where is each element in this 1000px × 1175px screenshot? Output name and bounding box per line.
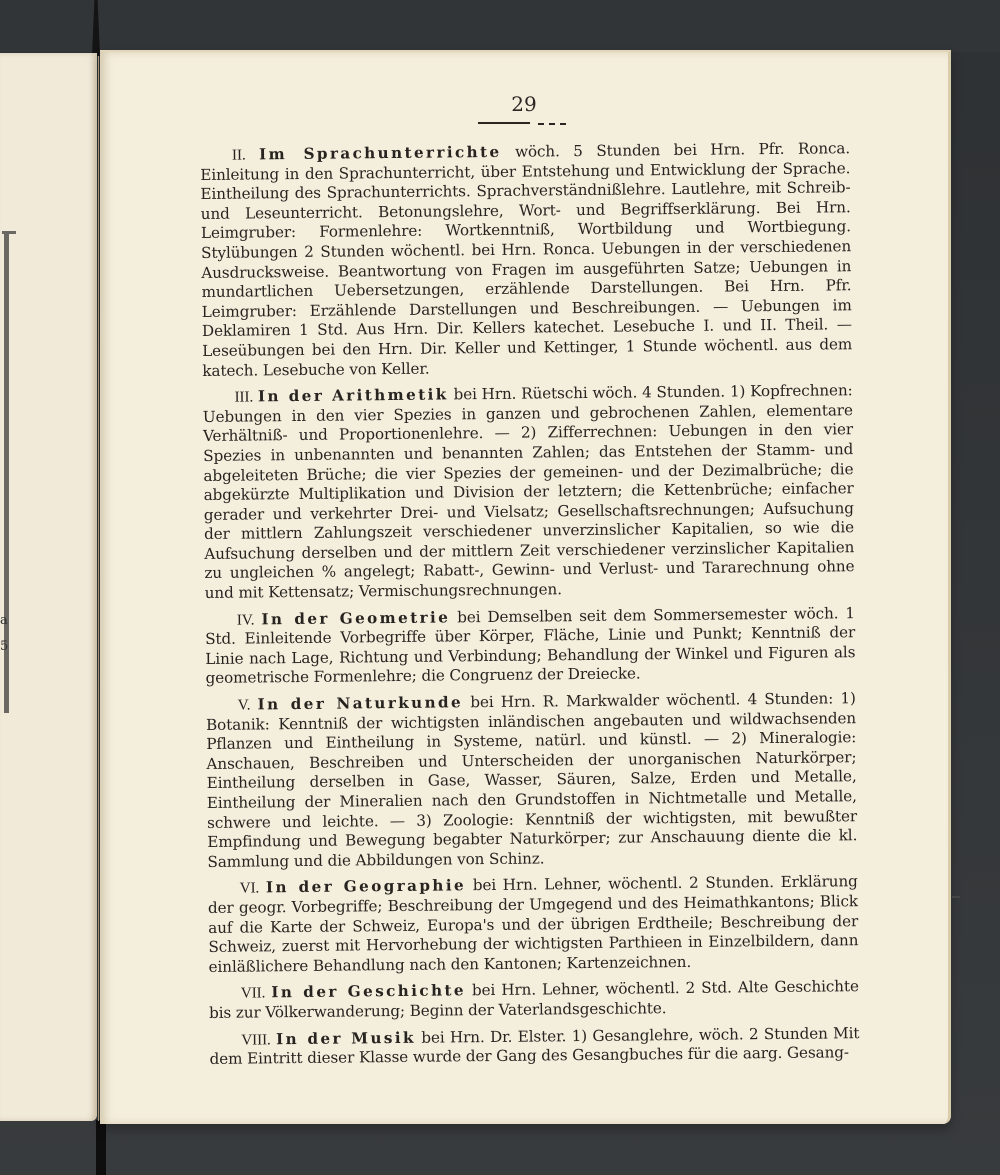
section-subject: In der Naturkunde: [258, 693, 464, 713]
section-numeral: VIII.: [241, 1031, 271, 1048]
section-paragraph: IV. In der Geometrie bei Demselben seit …: [205, 604, 856, 689]
section-paragraph: VII. In der Geschichte bei Hrn. Lehner, …: [209, 977, 859, 1023]
left-page: a 5: [0, 53, 97, 1121]
section-numeral: II.: [232, 147, 246, 164]
left-page-fragment: 5: [0, 639, 8, 654]
section-text: wöch. 5 Stunden bei Hrn. Pfr. Ronca. Ein…: [200, 139, 852, 379]
section-numeral: VI.: [240, 880, 260, 897]
section-paragraph: VIII. In der Musik bei Hrn. Dr. Elster. …: [209, 1024, 859, 1070]
book-spine-shadow-bottom: [96, 1120, 106, 1175]
section-subject: In der Geographie: [266, 877, 466, 897]
left-page-fragment: a: [0, 613, 8, 628]
right-page: 29 II. Im Sprachunterrichte wöch. 5 Stun…: [100, 50, 951, 1124]
section-numeral: IV.: [237, 611, 255, 628]
section-subject: In der Geschichte: [271, 982, 466, 1002]
section-paragraph: III. In der Arithmetik bei Hrn. Rüetschi…: [203, 381, 855, 603]
section-paragraph: II. Im Sprachunterrichte wöch. 5 Stunden…: [200, 139, 852, 381]
header-rule: [478, 122, 530, 124]
section-subject: Im Sprachunterrichte: [259, 143, 502, 164]
section-numeral: V.: [238, 697, 251, 714]
section-text: bei Hrn. Rüetschi wöch. 4 Stunden. 1) Ko…: [203, 381, 855, 602]
section-paragraph: VI. In der Geographie bei Hrn. Lehner, w…: [208, 873, 859, 978]
header-dash-rule: [538, 123, 566, 125]
gutter-line: [98, 56, 99, 1121]
margin-mark: [952, 896, 960, 898]
section-subject: In der Arithmetik: [258, 386, 449, 406]
section-numeral: III.: [234, 389, 253, 406]
section-subject: In der Musik: [276, 1028, 416, 1047]
section-text: bei Hrn. R. Markwalder wöchentl. 4 Stund…: [206, 689, 857, 871]
body-text: II. Im Sprachunterrichte wöch. 5 Stunden…: [200, 139, 860, 1076]
page-number: 29: [100, 92, 948, 116]
section-subject: In der Geometrie: [261, 608, 450, 628]
section-numeral: VII.: [241, 985, 266, 1002]
section-paragraph: V. In der Naturkunde bei Hrn. R. Markwal…: [206, 689, 858, 872]
scanner-top-band: [0, 0, 1000, 52]
